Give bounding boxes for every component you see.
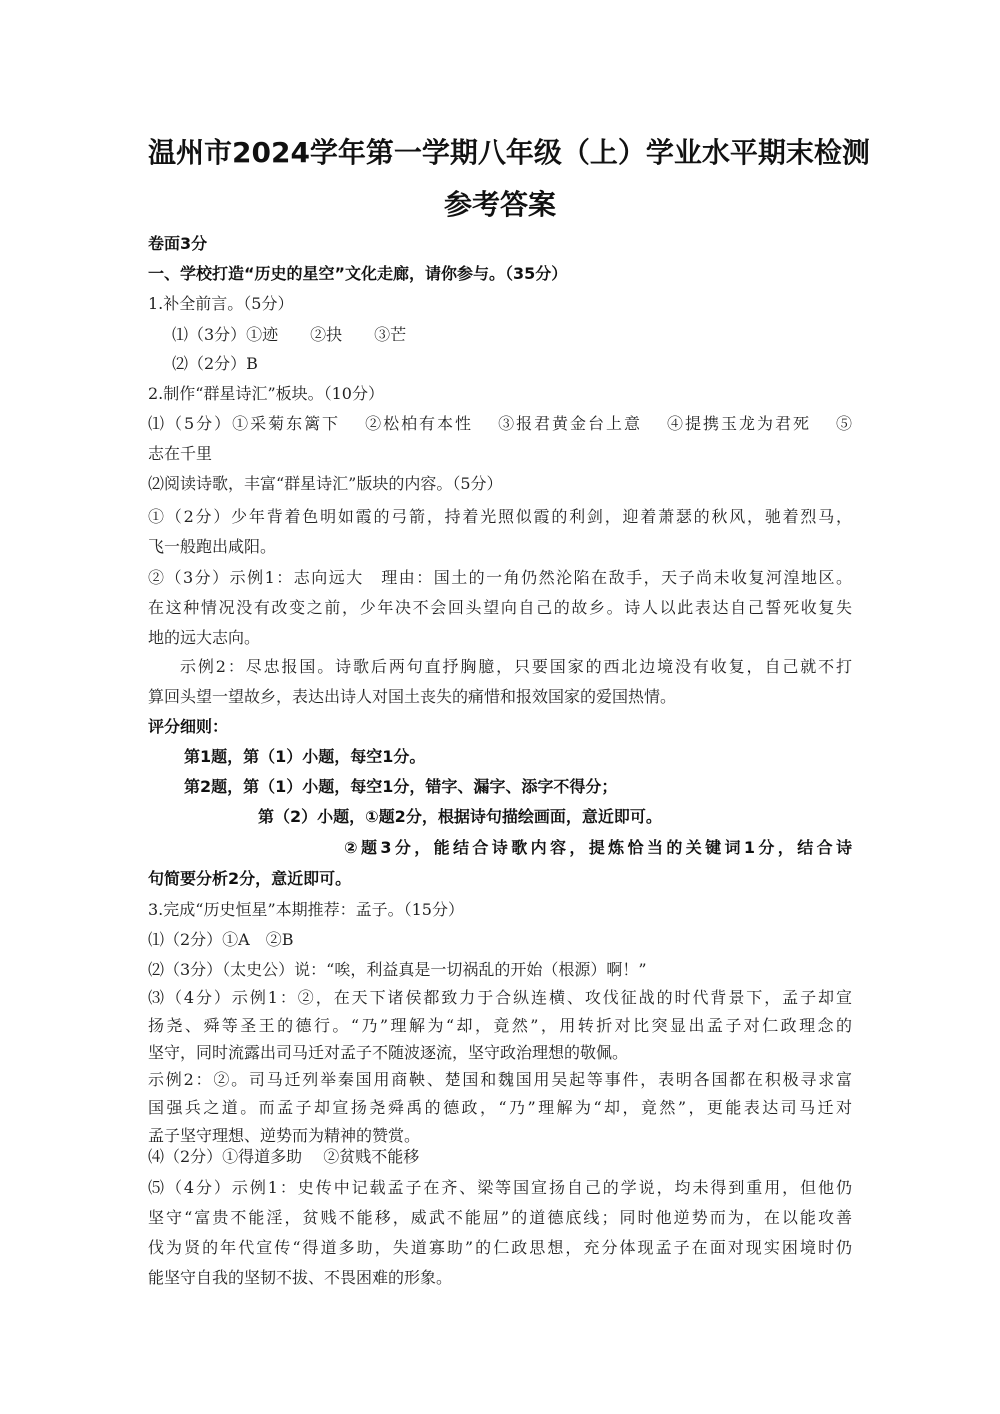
paper-score: 卷面3分	[148, 229, 852, 259]
q2-heading: 2.制作“群星诗汇”板块。（10分）	[148, 379, 852, 409]
q3-part5-line2: 坚守“富贵不能淫，贫贱不能移，威武不能屈”的道德底线；同时他逆势而为，在以能攻善	[148, 1203, 852, 1233]
q2-answer1-line2: 飞一般跑出咸阳。	[148, 532, 852, 562]
q3-part3-line3: 坚守，同时流露出司马迁对孟子不随波逐流，坚守政治理想的敬佩。	[148, 1038, 852, 1068]
scoring-rule1: 第1题，第（1）小题，每空1分。	[148, 742, 852, 772]
q2-part1-line1: ⑴（5分）①采菊东篱下 ②松柏有本性 ③报君黄金台上意 ④提携玉龙为君死 ⑤	[148, 409, 852, 439]
q3-part5-line4: 能坚守自我的坚韧不拔、不畏困难的形象。	[148, 1263, 852, 1293]
q3-part4: ⑷（2分）①得道多助 ②贫贱不能移	[148, 1142, 852, 1172]
section1-heading: 一、学校打造“历史的星空”文化走廊，请你参与。（35分）	[148, 259, 852, 289]
document-title: 温州市2024学年第一学期八年级（上）学业水平期末检测	[148, 131, 852, 171]
q3-part3-line5: 国强兵之道。而孟子却宣扬尧舜禹的德政，“乃”理解为“却，竟然”，更能表达司马迁对	[148, 1093, 852, 1123]
q2-example2-line2: 算回头望一望故乡，表达出诗人对国土丧失的痛惜和报效国家的爱国热情。	[148, 682, 852, 712]
q3-part3-line2: 扬尧、舜等圣王的德行。“乃”理解为“却，竟然”，用转折对比突显出孟子对仁政理念的	[148, 1011, 852, 1041]
q3-part5-line3: 伐为贤的年代宣传“得道多助，失道寡助”的仁政思想，充分体现孟子在面对现实困境时仍	[148, 1233, 852, 1263]
q1-heading: 1.补全前言。（5分）	[148, 289, 852, 319]
q1-part1: ⑴（3分）①迹 ②抉 ③芒	[148, 320, 852, 350]
scoring-rule4-line2: 句简要分析2分，意近即可。	[148, 864, 852, 894]
scoring-rule2: 第2题，第（1）小题，每空1分，错字、漏字、添字不得分；	[148, 772, 852, 802]
q3-part5-line1: ⑸（4分）示例1：史传中记载孟子在齐、梁等国宣扬自己的学说，均未得到重用，但他仍	[148, 1173, 852, 1203]
scoring-rule4-line1: ②题3分，能结合诗歌内容，提炼恰当的关键词1分，结合诗	[148, 833, 852, 863]
scoring-heading: 评分细则：	[148, 712, 852, 742]
q2-answer2-line1: ②（3分）示例1：志向远大 理由：国土的一角仍然沦陷在敌手，天子尚未收复河湟地区…	[148, 563, 852, 593]
q2-part2-heading: ⑵阅读诗歌，丰富“群星诗汇”版块的内容。（5分）	[148, 469, 852, 499]
q2-answer2-line2: 在这种情况没有改变之前，少年决不会回头望向自己的故乡。诗人以此表达自己誓死收复失	[148, 593, 852, 623]
q2-answer1-line1: ①（2分）少年背着色明如霞的弓箭，持着光照似霞的利剑，迎着萧瑟的秋风，驰着烈马，	[148, 502, 852, 532]
q3-part1: ⑴（2分）①A ②B	[148, 925, 852, 955]
q3-part3-line1: ⑶（4分）示例1：②，在天下诸侯都致力于合纵连横、攻伐征战的时代背景下，孟子却宣	[148, 983, 852, 1013]
q2-example2-line1: 示例2：尽忠报国。诗歌后两句直抒胸臆，只要国家的西北边境没有收复，自己就不打	[148, 652, 852, 682]
q3-heading: 3.完成“历史恒星”本期推荐：孟子。（15分）	[148, 895, 852, 925]
document-subtitle: 参考答案	[148, 183, 852, 223]
q2-answer2-line3: 地的远大志向。	[148, 623, 852, 653]
scoring-rule3: 第（2）小题，①题2分，根据诗句描绘画面，意近即可。	[148, 802, 852, 832]
q1-part2: ⑵（2分）B	[148, 349, 852, 379]
q2-part1-line2: 志在千里	[148, 439, 852, 469]
q3-part2: ⑵（3分）（太史公）说：“唉，利益真是一切祸乱的开始（根源）啊！”	[148, 955, 852, 985]
q3-part3-line4: 示例2：②。司马迁列举秦国用商鞅、楚国和魏国用吴起等事件，表明各国都在积极寻求富	[148, 1065, 852, 1095]
